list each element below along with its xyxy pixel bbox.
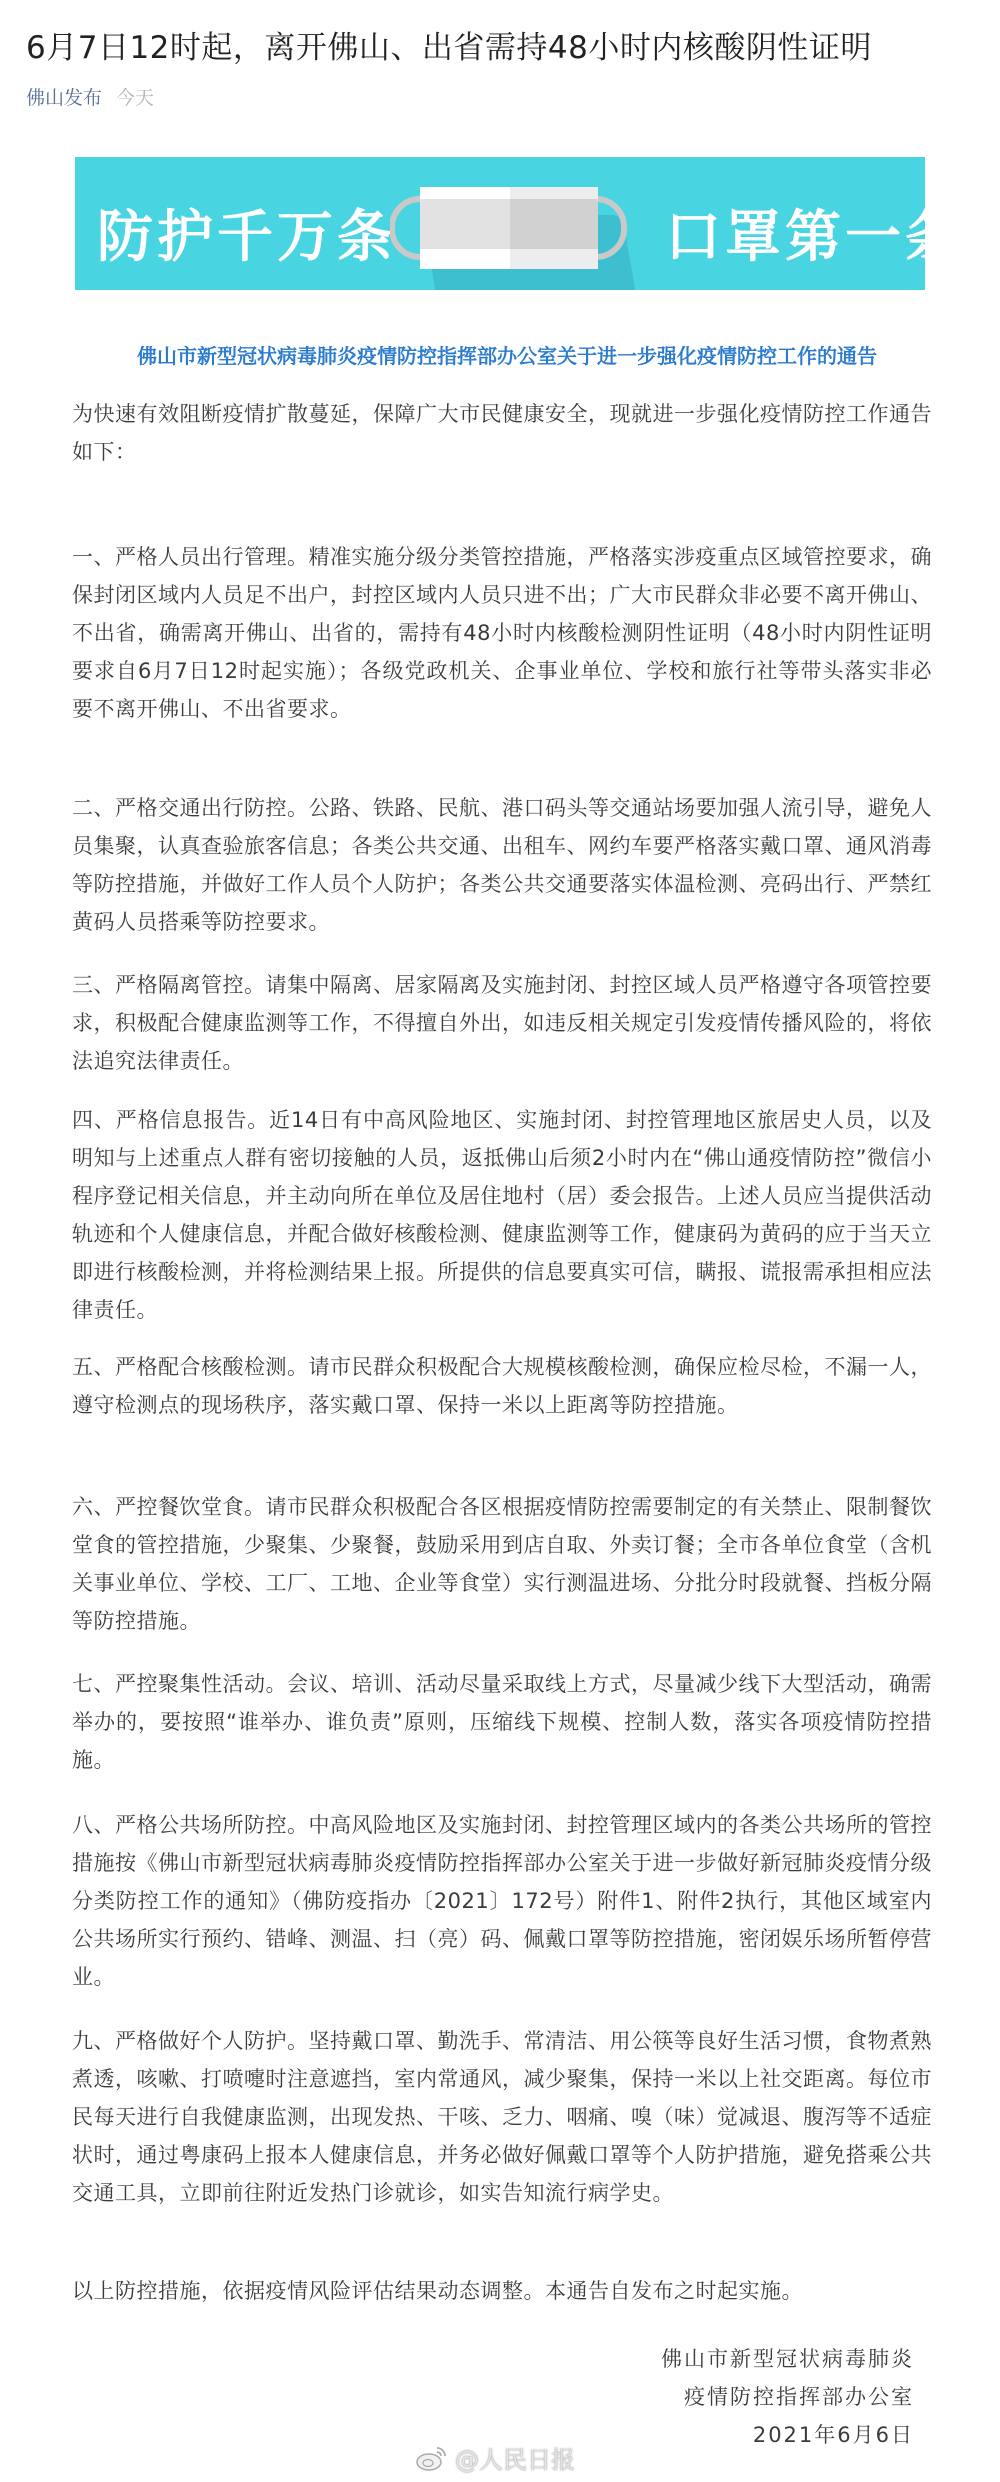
notice-item-6: 六、严控餐饮堂食。请市民群众积极配合各区根据疫情防控需要制定的有关禁止、限制餐饮… [72, 1488, 932, 1640]
notice-item-4: 四、严格信息报告。近14日有中高风险地区、实施封闭、封控管理地区旅居史人员，以及… [72, 1101, 932, 1329]
banner-image: 防护千万条 口罩第一条 [75, 157, 925, 290]
signature-line-1: 佛山市新型冠状病毒肺炎 [661, 2340, 914, 2378]
notice-title: 佛山市新型冠状病毒肺炎疫情防控指挥部办公室关于进一步强化疫情防控工作的通告 [72, 338, 942, 374]
face-mask-icon [390, 185, 650, 290]
notice-signature: 佛山市新型冠状病毒肺炎 疫情防控指挥部办公室 2021年6月6日 [661, 2340, 914, 2454]
watermark-text: @人民日报 [455, 2440, 575, 2475]
notice-item-1: 一、严格人员出行管理。精准实施分级分类管控措施，严格落实涉疫重点区域管控要求，确… [72, 538, 932, 728]
notice-item-9: 九、严格做好个人防护。坚持戴口罩、勤洗手、常清洁、用公筷等良好生活习惯，食物煮熟… [72, 2022, 932, 2212]
signature-line-2: 疫情防控指挥部办公室 [661, 2378, 914, 2416]
notice-item-5: 五、严格配合核酸检测。请市民群众积极配合大规模核酸检测，确保应检尽检，不漏一人，… [72, 1348, 932, 1424]
watermark: @人民日报 [415, 2440, 575, 2475]
banner-right-text: 口罩第一条 [665, 193, 925, 273]
notice-item-3: 三、严格隔离管控。请集中隔离、居家隔离及实施封闭、封控区域人员严格遵守各项管控要… [72, 966, 932, 1080]
publish-time: 今天 [116, 87, 154, 109]
notice-item-8: 八、严格公共场所防控。中高风险地区及实施封闭、封控管理区域内的各类公共场所的管控… [72, 1806, 932, 1996]
author-link[interactable]: 佛山发布 [26, 87, 102, 109]
article-meta: 佛山发布今天 [26, 83, 154, 110]
notice-intro: 为快速有效阻断疫情扩散蔓延，保障广大市民健康安全，现就进一步强化疫情防控工作通告… [72, 395, 932, 471]
signature-date: 2021年6月6日 [661, 2416, 914, 2454]
notice-item-7: 七、严控聚集性活动。会议、培训、活动尽量采取线上方式，尽量减少线下大型活动，确需… [72, 1665, 932, 1779]
notice-item-2: 二、严格交通出行防控。公路、铁路、民航、港口码头等交通站场要加强人流引导，避免人… [72, 789, 932, 941]
article-headline: 6月7日12时起，离开佛山、出省需持48小时内核酸阴性证明 [26, 22, 872, 67]
banner-left-text: 防护千万条 [97, 193, 397, 273]
weibo-icon [415, 2444, 449, 2472]
notice-closing: 以上防控措施，依据疫情风险评估结果动态调整。本通告自发布之时起实施。 [72, 2272, 932, 2310]
